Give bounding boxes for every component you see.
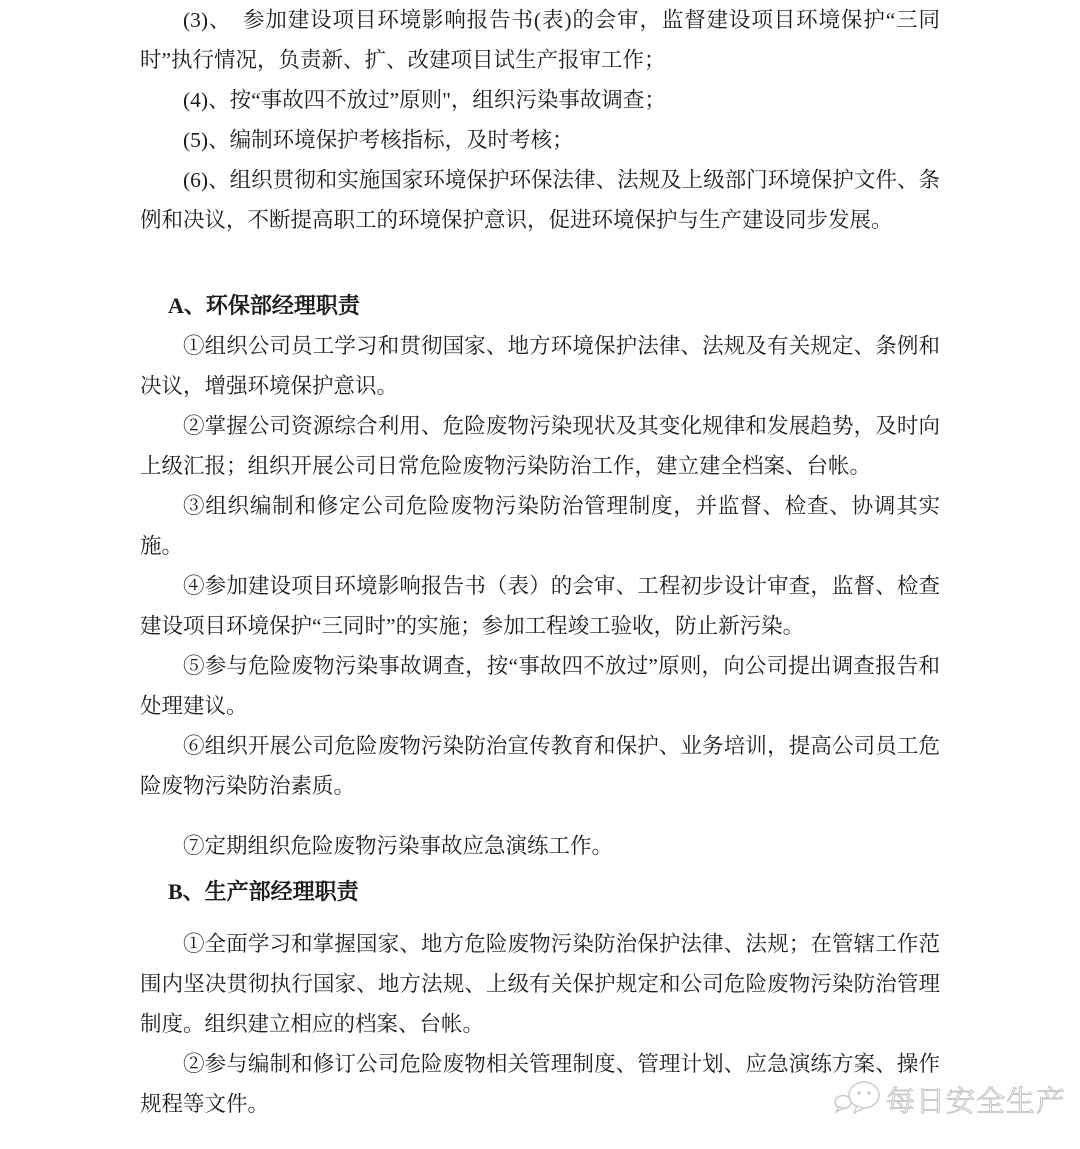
intro-paragraph-4: (4)、按“事故四不放过”原则"，组织污染事故调查； xyxy=(140,80,940,120)
section-a-item-1: ①组织公司员工学习和贯彻国家、地方环境保护法律、法规及有关规定、条例和决议，增强… xyxy=(140,326,940,406)
section-a-item-2: ②掌握公司资源综合利用、危险废物污染现状及其变化规律和发展趋势，及时向上级汇报；… xyxy=(140,406,940,486)
intro-paragraph-3: (3)、 参加建设项目环境影响报告书(表)的会审，监督建设项目环境保护“三同时”… xyxy=(140,0,940,80)
document-page: (3)、 参加建设项目环境影响报告书(表)的会审，监督建设项目环境保护“三同时”… xyxy=(140,0,940,1124)
intro-paragraph-6: (6)、组织贯彻和实施国家环境保护环保法律、法规及上级部门环境保护文件、条例和决… xyxy=(140,160,940,240)
section-a-item-3: ③组织编制和修定公司危险废物污染防治管理制度，并监督、检查、协调其实施。 xyxy=(140,486,940,566)
section-a-heading: A、环保部经理职责 xyxy=(140,286,940,326)
intro-paragraph-5: (5)、编制环境保护考核指标，及时考核； xyxy=(140,120,940,160)
section-b-heading: B、生产部经理职责 xyxy=(140,872,940,912)
section-a-item-4: ④参加建设项目环境影响报告书（表）的会审、工程初步设计审查，监督、检查建设项目环… xyxy=(140,566,940,646)
section-a-item-5: ⑤参与危险废物污染事故调查，按“事故四不放过”原则，向公司提出调查报告和处理建议… xyxy=(140,646,940,726)
section-a-item-7: ⑦定期组织危险废物污染事故应急演练工作。 xyxy=(140,826,940,866)
section-b-item-1: ①全面学习和掌握国家、地方危险废物污染防治保护法律、法规；在管辖工作范围内坚决贯… xyxy=(140,924,940,1044)
section-b-item-2: ②参与编制和修订公司危险废物相关管理制度、管理计划、应急演练方案、操作规程等文件… xyxy=(140,1044,940,1124)
section-a-item-6: ⑥组织开展公司危险废物污染防治宣传教育和保护、业务培训，提高公司员工危险废物污染… xyxy=(140,726,940,806)
